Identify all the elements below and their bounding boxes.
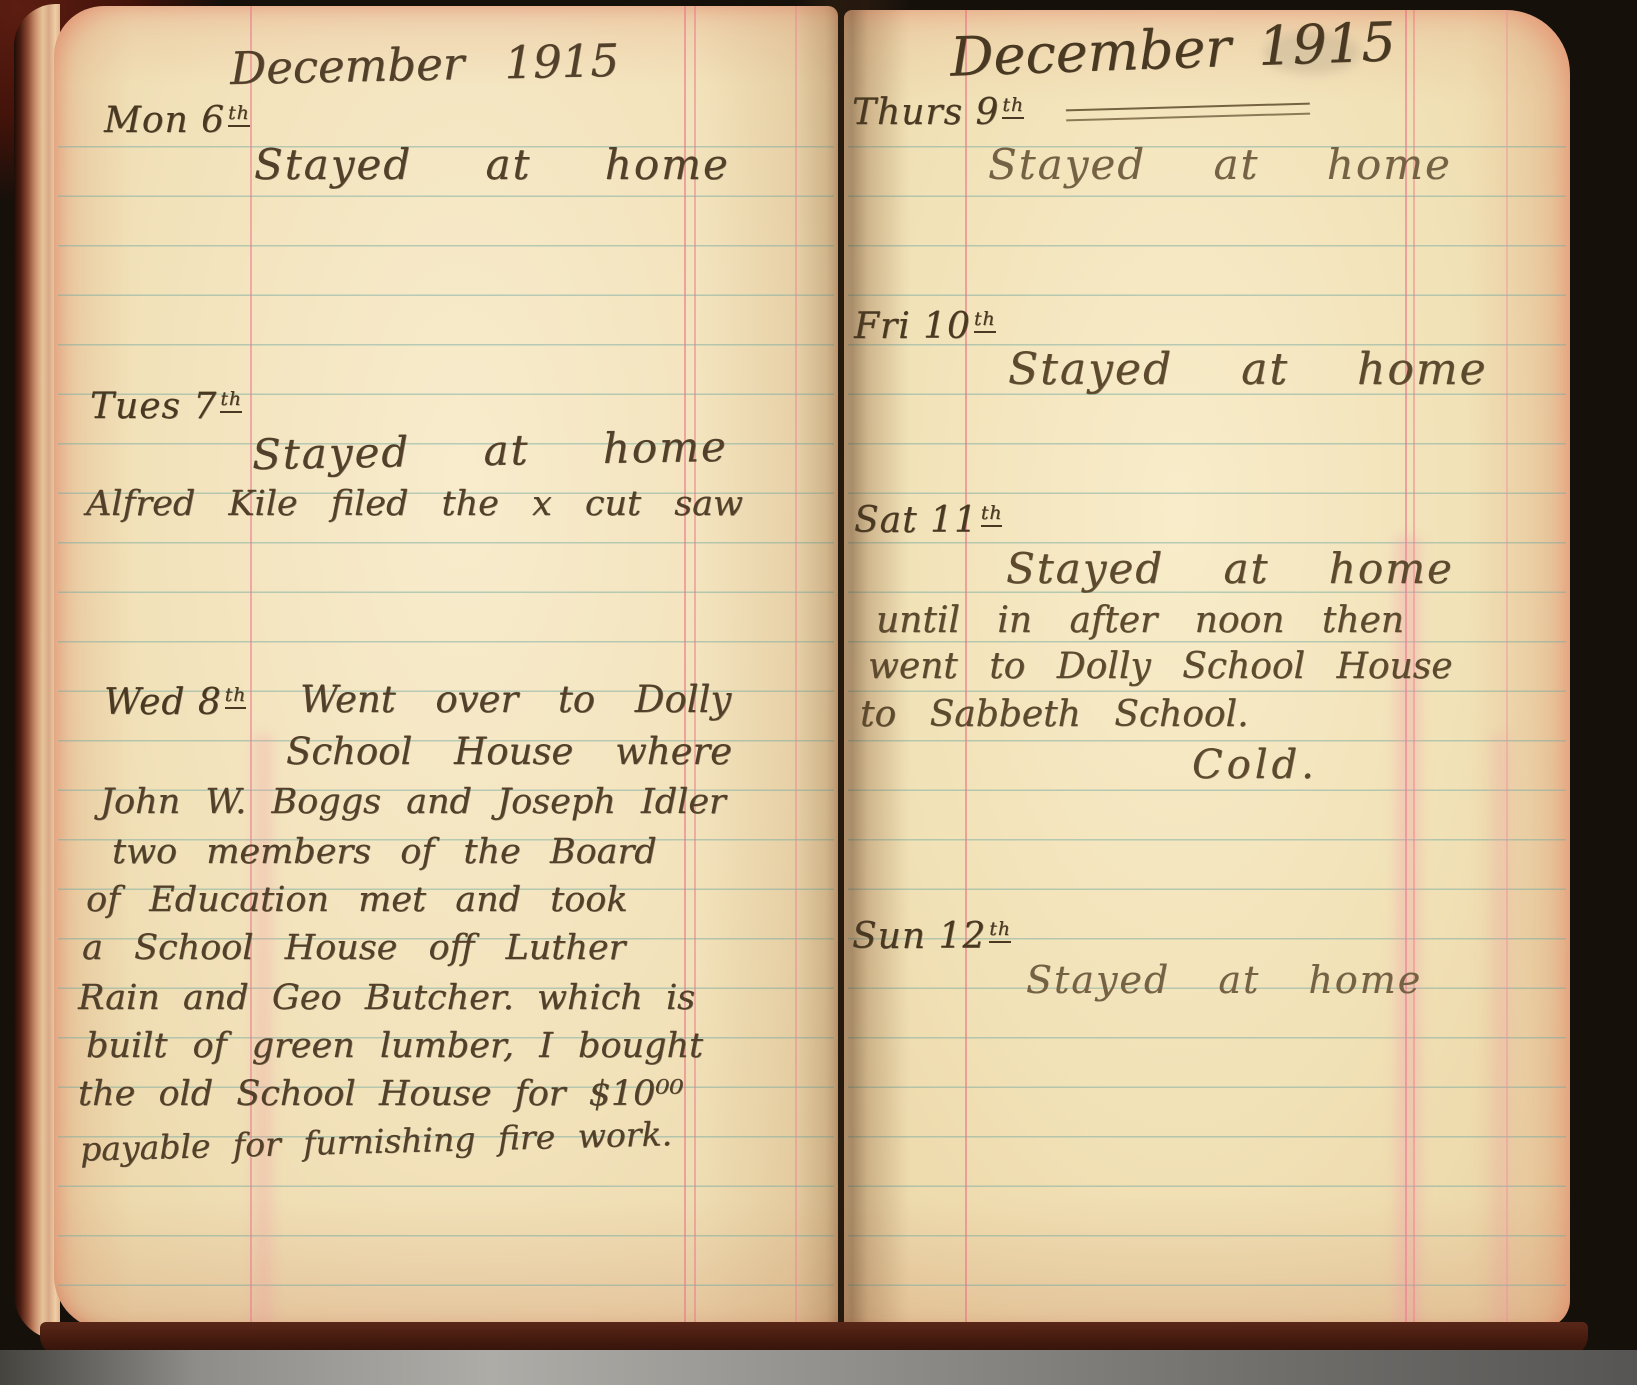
diary-line: two members of the Board	[112, 832, 657, 872]
diary-line: School House where	[286, 730, 732, 773]
entry-date: Wed 8th	[104, 682, 246, 723]
entry-date: Tues 7th	[90, 386, 242, 427]
ordinal-suffix: th	[228, 103, 250, 127]
diary-line: of Education met and took	[86, 880, 628, 920]
diary-line: built of green lumber, I bought	[86, 1026, 703, 1066]
diary-line: Stayed at home	[252, 422, 729, 479]
entry-date: Sun 12th	[852, 916, 1011, 957]
diary-scan: December 1915 Mon 6th Stayed at home Tue…	[0, 0, 1637, 1385]
entry-day: Sun 12	[852, 916, 986, 957]
diary-line: Stayed at home	[1026, 958, 1422, 1002]
diary-line: Stayed at home	[1006, 544, 1454, 593]
ordinal-suffix: th	[974, 309, 996, 333]
diary-line: Stayed at home	[988, 140, 1452, 189]
diary-line: Alfred Kile filed the x cut saw	[86, 484, 743, 524]
entry-day: Mon 6	[104, 100, 225, 141]
table-surface	[0, 1350, 1637, 1385]
diary-line: Stayed at home	[254, 140, 730, 189]
entry-date: Sat 11th	[854, 500, 1002, 541]
entry-date: Fri 10th	[854, 306, 996, 347]
diary-line: Went over to Dolly	[300, 678, 731, 721]
ordinal-suffix: th	[1002, 95, 1024, 119]
diary-line: a School House off Luther	[82, 928, 625, 968]
diary-line: Rain and Geo Butcher. which is	[78, 978, 695, 1018]
entry-date: Thurs 9th	[852, 92, 1024, 133]
ordinal-suffix: th	[220, 389, 242, 413]
diary-line: until in after noon then	[876, 600, 1404, 641]
diary-line: the old School House for $10⁰⁰	[78, 1074, 684, 1114]
entry-day: Sat 11	[854, 500, 978, 541]
entry-day: Tues 7	[90, 386, 217, 427]
entry-day: Fri 10	[854, 306, 971, 347]
entry-day: Thurs 9	[852, 92, 999, 133]
diary-line: Stayed at home	[1008, 344, 1488, 395]
entry-day: Wed 8	[104, 682, 222, 723]
ordinal-suffix: th	[989, 919, 1011, 943]
page-header: December 1915	[229, 34, 619, 95]
ordinal-suffix: th	[225, 685, 247, 709]
diary-line: to Sabbeth School.	[860, 694, 1249, 735]
ordinal-suffix: th	[981, 503, 1003, 527]
diary-line: went to Dolly School House	[868, 646, 1453, 687]
margin-line	[684, 6, 686, 1330]
entry-date: Mon 6th	[104, 100, 250, 141]
margin-line	[694, 6, 696, 1330]
pink-smear	[1492, 735, 1510, 1328]
diary-line: Cold.	[1192, 742, 1318, 788]
diary-line: John W. Boggs and Joseph Idler	[100, 782, 726, 822]
